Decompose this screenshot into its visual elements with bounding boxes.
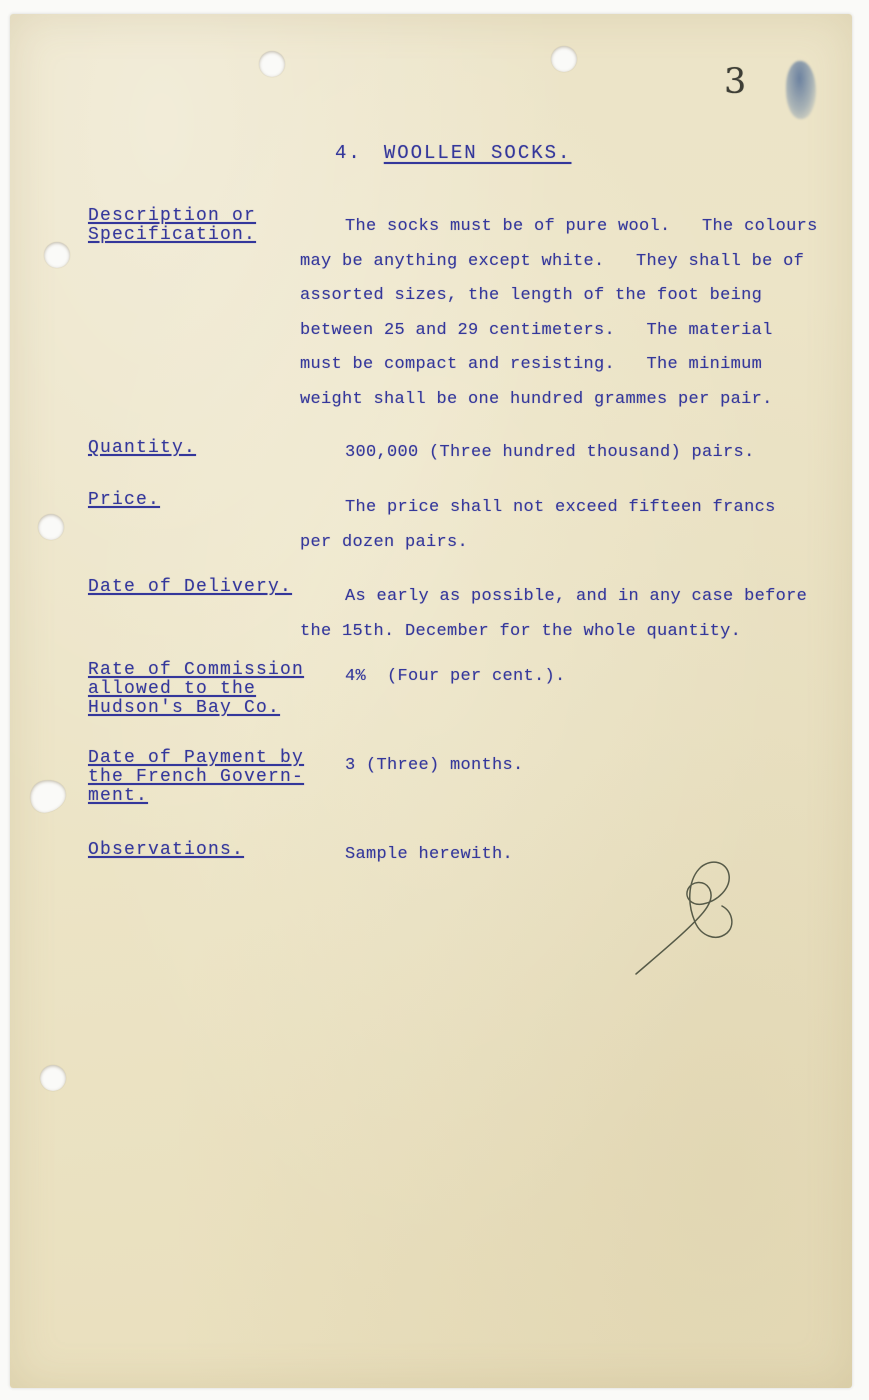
- punch-hole-top-right: [551, 46, 577, 72]
- body-line: 300,000 (Three hundred thousand) pairs.: [300, 436, 845, 471]
- punch-hole-top-left: [259, 51, 285, 77]
- ink-smudge-icon: [786, 61, 816, 119]
- label-price: Price.: [88, 491, 318, 510]
- body-line: must be compact and resisting. The minim…: [300, 348, 845, 383]
- page-number: 3: [724, 62, 746, 102]
- label-line: Description or: [88, 207, 256, 226]
- body-description-specification: The socks must be of pure wool. The colo…: [300, 210, 845, 417]
- punch-hole-left-2: [38, 514, 64, 540]
- body-line: 4% (Four per cent.).: [300, 660, 845, 695]
- body-line: weight shall be one hundred grammes per …: [300, 383, 845, 418]
- label-line: Price.: [88, 491, 160, 510]
- punch-hole-left-1: [44, 242, 70, 268]
- punch-hole-left-torn: [27, 777, 69, 816]
- label-line: Quantity.: [88, 439, 196, 458]
- label-rate-of-commission: Rate of Commission allowed to the Hudson…: [88, 661, 318, 718]
- label-date-of-payment: Date of Payment by the French Govern- me…: [88, 749, 318, 806]
- document-heading: 4.WOOLLEN SOCKS.: [335, 142, 571, 164]
- label-line: the French Govern-: [88, 768, 304, 787]
- body-rate-of-commission: 4% (Four per cent.).: [300, 660, 845, 695]
- body-line: As early as possible, and in any case be…: [300, 580, 845, 615]
- label-line: Observations.: [88, 841, 244, 860]
- body-quantity: 300,000 (Three hundred thousand) pairs.: [300, 436, 845, 471]
- body-line: The socks must be of pure wool. The colo…: [300, 210, 845, 245]
- label-line: Date of Payment by: [88, 749, 304, 768]
- body-price: The price shall not exceed fifteen franc…: [300, 491, 845, 560]
- label-line: allowed to the: [88, 680, 256, 699]
- punch-hole-left-3: [40, 1065, 66, 1091]
- heading-number: 4.: [335, 142, 362, 164]
- body-date-of-delivery: As early as possible, and in any case be…: [300, 580, 845, 649]
- label-line: Hudson's Bay Co.: [88, 699, 280, 718]
- body-line: between 25 and 29 centimeters. The mater…: [300, 314, 845, 349]
- label-line: ment.: [88, 787, 148, 806]
- label-line: Rate of Commission: [88, 661, 304, 680]
- body-line: The price shall not exceed fifteen franc…: [300, 491, 845, 526]
- label-line: Date of Delivery.: [88, 578, 292, 597]
- body-date-of-payment: 3 (Three) months.: [300, 749, 845, 784]
- label-date-of-delivery: Date of Delivery.: [88, 578, 318, 597]
- body-line: 3 (Three) months.: [300, 749, 845, 784]
- label-quantity: Quantity.: [88, 439, 318, 458]
- body-observations: Sample herewith.: [300, 838, 845, 873]
- scanned-document-page: { "scan": { "page_number": "3" }, "headi…: [0, 0, 869, 1400]
- label-description-specification: Description or Specification.: [88, 207, 318, 245]
- heading-title: WOOLLEN SOCKS.: [384, 142, 572, 164]
- label-line: Specification.: [88, 226, 256, 245]
- pen-scribble-icon: [626, 854, 758, 980]
- body-line: the 15th. December for the whole quantit…: [300, 615, 845, 650]
- label-observations: Observations.: [88, 841, 318, 860]
- body-line: Sample herewith.: [300, 838, 845, 873]
- body-line: assorted sizes, the length of the foot b…: [300, 279, 845, 314]
- paper-sheet: 3 4.WOOLLEN SOCKS. Description or Specif…: [10, 14, 852, 1388]
- body-line: may be anything except white. They shall…: [300, 245, 845, 280]
- body-line: per dozen pairs.: [300, 526, 845, 561]
